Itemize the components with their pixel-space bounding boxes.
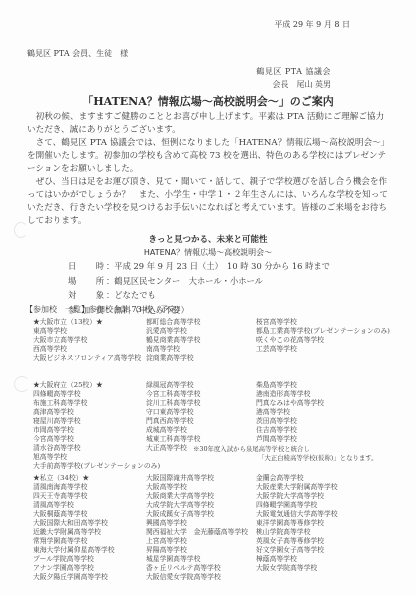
private-col1: ★私立（34校）★ 清風南海高等学校 四天王寺高等学校 清風高等学校 大阪桐蔭高…: [33, 474, 115, 582]
school-item: 港南造形高等学校: [256, 390, 324, 399]
greeting-paragraph: 初秋の候、ますますご健勝のこととお喜び申し上げます。平素は PTA 活動にご理解…: [27, 111, 391, 137]
school-item: 清水谷高等学校: [33, 444, 160, 453]
school-item: 大阪商業大学高等学校: [146, 492, 248, 501]
school-item: 樟蔭高等学校: [256, 555, 338, 564]
school-item: 城星学園高等学校: [146, 555, 248, 564]
announcement-paragraph: さて、鶴見区 PTA 協議会では、恒例になりました「HATENA？情報広場～高校…: [27, 137, 391, 176]
school-item: プール学院高等学校: [33, 555, 115, 564]
paper-mark: [14, 376, 30, 392]
detail-label: 日時: [68, 259, 104, 274]
school-item: アナン学園高等学校: [33, 564, 115, 573]
school-item: 高津高等学校: [33, 408, 160, 417]
school-item: 都町総合高等学校: [146, 318, 200, 327]
event-name: HATENA？情報広場～高校説明会～: [0, 247, 416, 258]
merger-note-name: 「大正白稜高等学校(仮称)」となります。: [258, 453, 378, 462]
school-item: 上宮高等学校: [146, 537, 248, 546]
school-item: 門真西高等学校: [146, 417, 200, 426]
issue-date: 平成 29 年 9 月 8 日: [274, 19, 350, 30]
osaka-city-col3: 桜宮高等学校 都島工業高等学校(プレゼンテーションのみ) 咲くやこの花高等学校 …: [256, 318, 390, 354]
detail-label: 場所: [68, 274, 104, 289]
school-item: 大阪学院大学高等学校: [256, 492, 338, 501]
school-item: 大成学院大学高等学校: [146, 501, 248, 510]
school-item: 城東工科高等学校: [146, 435, 200, 444]
school-item: 昇陽高等学校: [146, 546, 248, 555]
school-item: 成城高等学校: [146, 426, 200, 435]
school-item: 大阪信愛女学院高等学校: [146, 573, 248, 582]
school-item: 鶴見商業高等学校: [146, 336, 200, 345]
detail-value: ：どなたでも: [106, 288, 156, 303]
school-item: 南高等学校: [146, 345, 200, 354]
event-catchphrase: きっと見つかる、未来と可能性: [0, 233, 416, 245]
sender-chair: 会長 尾山 英男: [272, 79, 331, 90]
school-item: 大手前高等学校(プレゼンテーションのみ): [33, 462, 160, 471]
school-item: 都島工業高等学校(プレゼンテーションのみ): [256, 327, 390, 336]
school-item: 大阪産業大学附属高等学校: [256, 483, 338, 492]
school-item: 桜宮高等学校: [256, 318, 390, 327]
osaka-city-col1: ★大阪市立（13校）★ 東高等学校 大阪市立高等学校 西高等学校 大阪ビジネスフ…: [33, 318, 141, 363]
osaka-pref-col1: ★大阪府立（25校）★ 四條畷高等学校 布施工科高等学校 高津高等学校 寝屋川高…: [33, 381, 160, 471]
school-item: 好文学園女子高等学校: [256, 546, 338, 555]
school-item: 淀商業高等学校: [146, 354, 200, 363]
school-item: 四條畷高等学校: [33, 390, 160, 399]
detail-value: ：平成 29 年 9 月 23 日（土） 10 時 30 分から 16 時まで: [106, 259, 330, 274]
osaka-city-col2: 都町総合高等学校 汎愛高等学校 鶴見商業高等学校 南高等学校 淀商業高等学校: [146, 318, 200, 363]
school-item: 柴島高等学校: [256, 381, 324, 390]
school-item: 旭高等学校: [33, 453, 160, 462]
school-item: 近畿大学附属高等学校: [33, 528, 115, 537]
school-item: 香ヶ丘リベルテ高等学校: [146, 564, 248, 573]
school-item: 市岡高等学校: [33, 426, 160, 435]
school-item: 興國高等学校: [146, 519, 248, 528]
school-item: 英風女子高等専修学校: [256, 537, 338, 546]
school-item: 東洋学園高等専修学校: [256, 519, 338, 528]
private-col2: 大阪国際滝井高等学校 大阪高等学校 大阪商業大学高等学校 大成学院大学高等学校 …: [146, 474, 248, 582]
merger-note: ※30年度入試から泉尾高等学校と統合し: [193, 444, 310, 453]
detail-label: 対象: [68, 288, 104, 303]
school-item: 関西福祉大学 金光藤蔭高等学校: [146, 528, 248, 537]
school-list-header: 【参加校 一覧】参加校合計 73 校（予定）: [25, 304, 184, 315]
school-item: 大阪市立高等学校: [33, 336, 141, 345]
school-item: 工芸高等学校: [256, 345, 390, 354]
detail-datetime: 日時 ：平成 29 年 9 月 23 日（土） 10 時 30 分から 16 時…: [68, 259, 330, 274]
school-item: 今宮高等学校: [33, 435, 160, 444]
school-item: 緑風冠高等学校: [146, 381, 200, 390]
school-item: 清風高等学校: [33, 501, 115, 510]
school-item: 清風南海高等学校: [33, 483, 115, 492]
school-item: 門真なみはや高等学校: [256, 399, 324, 408]
document-title: 「HATENA？情報広場～高校説明会～」のご案内: [0, 93, 416, 109]
school-item: 常翔学園高等学校: [33, 537, 115, 546]
detail-audience: 対象 ：どなたでも: [68, 288, 330, 303]
group-heading-osaka-pref: ★大阪府立（25校）★: [33, 381, 160, 390]
sender-organization: 鶴見区 PTA 協議会: [256, 66, 331, 77]
school-item: 大阪夕陽丘学園高等学校: [33, 573, 115, 582]
school-item: 桃山学院高等学校: [256, 528, 338, 537]
school-item: 汎愛高等学校: [146, 327, 200, 336]
school-item: 大阪桐蔭高等学校: [33, 510, 115, 519]
school-item: 大阪女学院高等学校: [256, 564, 338, 573]
osaka-pref-col2: 緑風冠高等学校 今宮工科高等学校 淀川工科高等学校 守口東高等学校 門真西高等学…: [146, 381, 200, 453]
private-col3: 金蘭会高等学校 大阪産業大学附属高等学校 大阪学院大学高等学校 四條畷学園高等学…: [256, 474, 338, 573]
school-item: 咲くやこの花高等学校: [256, 336, 390, 345]
group-heading-osaka-city: ★大阪市立（13校）★: [33, 318, 141, 327]
addressee: 鶴見区 PTA 会員、生徒 様: [27, 48, 128, 59]
school-item: 寝屋川高等学校: [33, 417, 160, 426]
school-item: 芦間高等学校: [256, 435, 324, 444]
school-item: 四條畷学園高等学校: [256, 501, 338, 510]
school-item: 東高等学校: [33, 327, 141, 336]
osaka-pref-col3: 柴島高等学校 港南造形高等学校 門真なみはや高等学校 港高等学校 茨田高等学校 …: [256, 381, 324, 444]
school-item: 淀川工科高等学校: [146, 399, 200, 408]
school-item: 大阪電気通信大学高等学校: [256, 510, 338, 519]
school-item: 茨田高等学校: [256, 417, 324, 426]
group-heading-private: ★私立（34校）★: [33, 474, 115, 483]
school-item: 布施工科高等学校: [33, 399, 160, 408]
school-item: 大阪ビジネスフロンティア高等学校: [33, 354, 141, 363]
school-item: 大阪国際大和田高等学校: [33, 519, 115, 528]
school-item: 大阪成蹊女子高等学校: [146, 510, 248, 519]
school-item: 今宮工科高等学校: [146, 390, 200, 399]
school-item: 大阪高等学校: [146, 483, 248, 492]
school-item: 大阪国際滝井高等学校: [146, 474, 248, 483]
detail-value: ：鶴見区民センター 大ホール・小ホール: [106, 274, 263, 289]
school-item: 四天王寺高等学校: [33, 492, 115, 501]
school-item: 金蘭会高等学校: [256, 474, 338, 483]
school-item: 東海大学付属仰星高等学校: [33, 546, 115, 555]
school-item: 港高等学校: [256, 408, 324, 417]
school-item: 住吉高等学校: [256, 426, 324, 435]
invitation-paragraph: ぜひ、当日は足をお運び頂き、見て・聞いて・話して、親子で学校選びを話し合う機会を…: [27, 176, 391, 228]
school-item: 西高等学校: [33, 345, 141, 354]
school-item: 守口東高等学校: [146, 408, 200, 417]
detail-venue: 場所 ：鶴見区民センター 大ホール・小ホール: [68, 274, 330, 289]
